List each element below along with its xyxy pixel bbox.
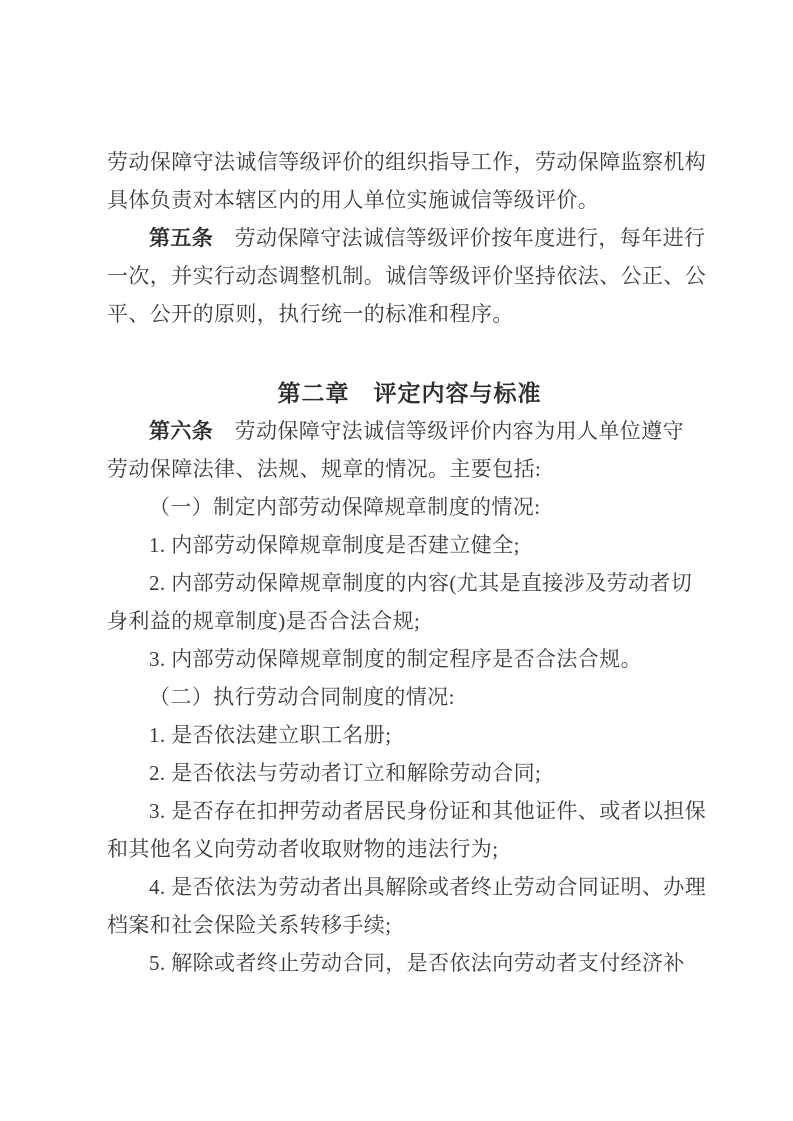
text-line: 3. 内部劳动保障规章制度的制定程序是否合法合规。 bbox=[107, 640, 712, 678]
line-text: 平、公开的原则，执行统一的标准和程序。 bbox=[107, 302, 514, 326]
text-line: 档案和社会保险关系转移手续; bbox=[107, 906, 712, 944]
line-text: 2. 内部劳动保障规章制度的内容(尤其是直接涉及劳动者切 bbox=[149, 571, 692, 595]
line-text: 劳动保障法律、法规、规章的情况。主要包括: bbox=[107, 457, 541, 481]
line-text: 档案和社会保险关系转移手续; bbox=[107, 913, 391, 937]
article-label: 第五条 bbox=[149, 227, 213, 250]
text-line: 4. 是否依法为劳动者出具解除或者终止劳动合同证明、办理 bbox=[107, 868, 712, 906]
text-line: 2. 是否依法与劳动者订立和解除劳动合同; bbox=[107, 754, 712, 792]
article-label: 第二章 评定内容与标准 bbox=[278, 380, 542, 406]
line-text: 5. 解除或者终止劳动合同，是否依法向劳动者支付经济补 bbox=[149, 951, 685, 975]
line-text: 劳动保障守法诚信等级评价的组织指导工作，劳动保障监察机构 bbox=[107, 150, 706, 174]
text-line: 5. 解除或者终止劳动合同，是否依法向劳动者支付经济补 bbox=[107, 944, 712, 982]
text-line: 一次，并实行动态调整机制。诚信等级评价坚持依法、公正、公 bbox=[107, 257, 712, 295]
line-text: 一次，并实行动态调整机制。诚信等级评价坚持依法、公正、公 bbox=[107, 264, 706, 288]
text-line: 3. 是否存在扣押劳动者居民身份证和其他证件、或者以担保 bbox=[107, 792, 712, 830]
text-line: （二）执行劳动合同制度的情况: bbox=[107, 678, 712, 716]
line-text: 2. 是否依法与劳动者订立和解除劳动合同; bbox=[149, 761, 541, 785]
text-line: 第五条 劳动保障守法诚信等级评价按年度进行，每年进行 bbox=[107, 219, 712, 257]
chapter-heading: 第二章 评定内容与标准 bbox=[107, 374, 712, 412]
text-line: 劳动保障守法诚信等级评价的组织指导工作，劳动保障监察机构 bbox=[107, 143, 712, 181]
line-text: 身利益的规章制度)是否合法合规; bbox=[107, 609, 420, 633]
text-line: （一）制定内部劳动保障规章制度的情况: bbox=[107, 488, 712, 526]
line-text: 具体负责对本辖区内的用人单位实施诚信等级评价。 bbox=[107, 188, 599, 212]
line-text: 4. 是否依法为劳动者出具解除或者终止劳动合同证明、办理 bbox=[149, 875, 706, 899]
line-text: 1. 内部劳动保障规章制度是否建立健全; bbox=[149, 533, 520, 557]
text-line: 具体负责对本辖区内的用人单位实施诚信等级评价。 bbox=[107, 181, 712, 219]
line-text: 1. 是否依法建立职工名册; bbox=[149, 723, 391, 747]
line-text: （一）制定内部劳动保障规章制度的情况: bbox=[149, 495, 540, 519]
article-label: 第六条 bbox=[149, 420, 213, 443]
line-text: （二）执行劳动合同制度的情况: bbox=[149, 685, 455, 709]
line-text: 3. 是否存在扣押劳动者居民身份证和其他证件、或者以担保 bbox=[149, 799, 706, 823]
text-line: 身利益的规章制度)是否合法合规; bbox=[107, 602, 712, 640]
text-line: 和其他名义向劳动者收取财物的违法行为; bbox=[107, 830, 712, 868]
text-line: 1. 是否依法建立职工名册; bbox=[107, 716, 712, 754]
text-line: 第六条 劳动保障守法诚信等级评价内容为用人单位遵守 bbox=[107, 412, 712, 450]
line-text: 劳动保障守法诚信等级评价按年度进行，每年进行 bbox=[213, 226, 705, 250]
line-text: 3. 内部劳动保障规章制度的制定程序是否合法合规。 bbox=[149, 647, 642, 671]
line-text: 劳动保障守法诚信等级评价内容为用人单位遵守 bbox=[213, 419, 684, 443]
text-line: 2. 内部劳动保障规章制度的内容(尤其是直接涉及劳动者切 bbox=[107, 564, 712, 602]
text-line: 平、公开的原则，执行统一的标准和程序。 bbox=[107, 295, 712, 333]
text-line: 1. 内部劳动保障规章制度是否建立健全; bbox=[107, 526, 712, 564]
scanned-document-page: 劳动保障守法诚信等级评价的组织指导工作，劳动保障监察机构具体负责对本辖区内的用人… bbox=[0, 0, 793, 1121]
text-line: 劳动保障法律、法规、规章的情况。主要包括: bbox=[107, 450, 712, 488]
document-body: 劳动保障守法诚信等级评价的组织指导工作，劳动保障监察机构具体负责对本辖区内的用人… bbox=[107, 143, 712, 982]
line-text: 和其他名义向劳动者收取财物的违法行为; bbox=[107, 837, 498, 861]
